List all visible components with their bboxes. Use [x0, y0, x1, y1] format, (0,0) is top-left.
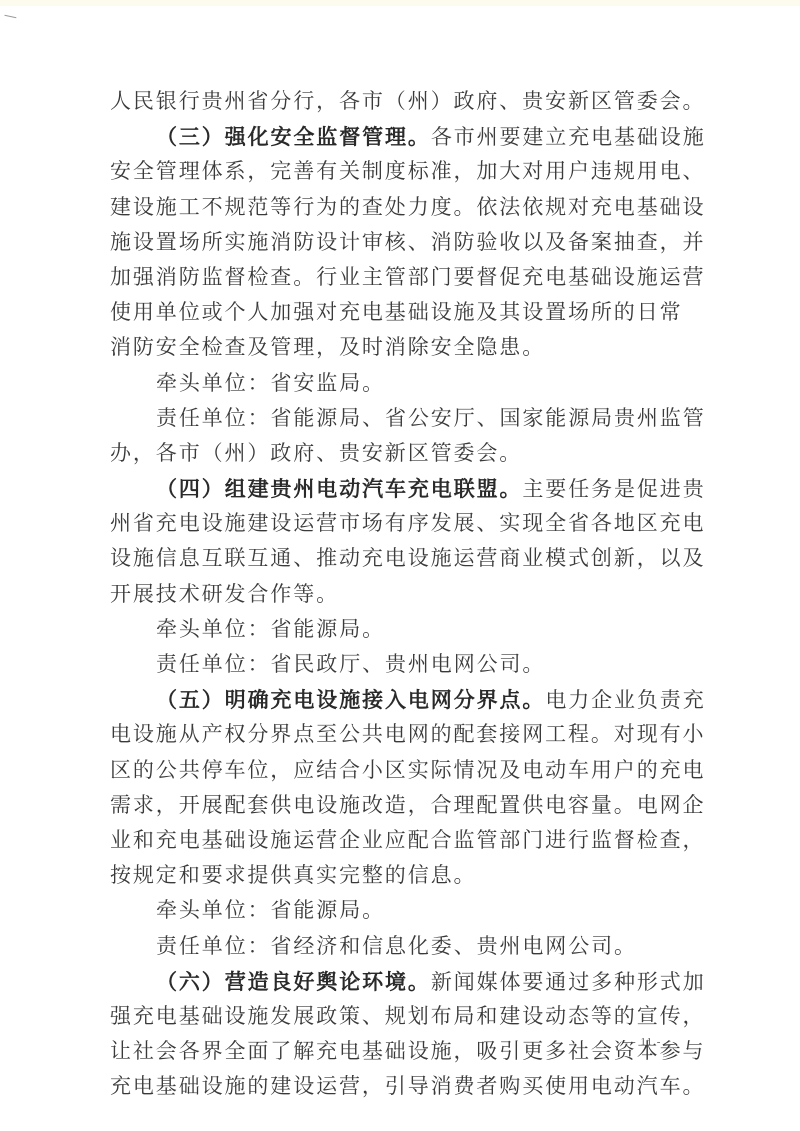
responsible-unit: 责任单位：省能源局、省公安厅、国家能源局贵州监管	[110, 401, 686, 436]
text-line: 使用单位或个人加强对充电基础设施及其设置场所的日常	[110, 295, 686, 330]
scan-top-band	[0, 0, 800, 6]
text-line: 开展技术研发合作等。	[110, 577, 686, 612]
text-line: 消防安全检查及管理，及时消除安全隐患。	[110, 330, 686, 365]
section-heading: （五）明确充电设施接入电网分界点。	[156, 687, 545, 712]
text-line: 安全管理体系，完善有关制度标准，加大对用户违规用电、	[110, 154, 686, 189]
section-heading: （四）组建贵州电动汽车充电联盟。	[156, 476, 522, 501]
scan-artifact	[4, 15, 17, 22]
text-line: 建设施工不规范等行为的查处力度。依法依规对充电基础设	[110, 190, 686, 225]
page-number: - 11 -	[632, 1036, 661, 1048]
section-heading-line: （五）明确充电设施接入电网分界点。电力企业负责充	[110, 682, 686, 717]
text-line: 人民银行贵州省分行，各市（州）政府、贵安新区管委会。	[110, 84, 686, 119]
responsible-unit-cont: 办，各市（州）政府、贵安新区管委会。	[110, 436, 686, 471]
section-text: 主要任务是促进贵	[522, 477, 705, 501]
text-line: 强充电基础设施发展政策、规划布局和建设动态等的宣传，	[110, 999, 686, 1034]
section-heading: （六）营造良好舆论环境。	[156, 969, 431, 994]
text-line: 充电基础设施的建设运营，引导消费者购买使用电动汽车。	[110, 1069, 686, 1104]
text-line: 需求，开展配套供电设施改造，合理配置供电容量。电网企	[110, 788, 686, 823]
text-line: 加强消防监督检查。行业主管部门要督促充电基础设施运营	[110, 260, 686, 295]
text-line: 区的公共停车位，应结合小区实际情况及电动车用户的充电	[110, 753, 686, 788]
text-line: 电设施从产权分界点至公共电网的配套接网工程。对现有小	[110, 717, 686, 752]
section-heading-line: （六）营造良好舆论环境。新闻媒体要通过多种形式加	[110, 964, 686, 999]
lead-unit: 牵头单位：省能源局。	[110, 612, 686, 647]
lead-unit: 牵头单位：省安监局。	[110, 366, 686, 401]
text-line: 施设置场所实施消防设计审核、消防验收以及备案抽查，并	[110, 225, 686, 260]
text-line: 州省充电设施建设运营市场有序发展、实现全省各地区充电	[110, 506, 686, 541]
section-heading-line: （四）组建贵州电动汽车充电联盟。主要任务是促进贵	[110, 471, 686, 506]
responsible-unit: 责任单位：省民政厅、贵州电网公司。	[110, 647, 686, 682]
section-text: 各市州要建立充电基础设施	[431, 125, 706, 149]
document-page: 人民银行贵州省分行，各市（州）政府、贵安新区管委会。 （三）强化安全监督管理。各…	[110, 84, 686, 1104]
section-heading-line: （三）强化安全监督管理。各市州要建立充电基础设施	[110, 119, 686, 154]
responsible-unit: 责任单位：省经济和信息化委、贵州电网公司。	[110, 929, 686, 964]
lead-unit: 牵头单位：省能源局。	[110, 893, 686, 928]
text-line: 设施信息互联互通、推动充电设施运营商业模式创新，以及	[110, 541, 686, 576]
section-text: 电力企业负责充	[545, 688, 705, 712]
text-line: 业和充电基础设施运营企业应配合监管部门进行监督检查，	[110, 823, 686, 858]
section-heading: （三）强化安全监督管理。	[156, 124, 431, 149]
section-text: 新闻媒体要通过多种形式加	[431, 970, 706, 994]
text-line: 按规定和要求提供真实完整的信息。	[110, 858, 686, 893]
text-line: 让社会各界全面了解充电基础设施，吸引更多社会资本参与	[110, 1034, 686, 1069]
